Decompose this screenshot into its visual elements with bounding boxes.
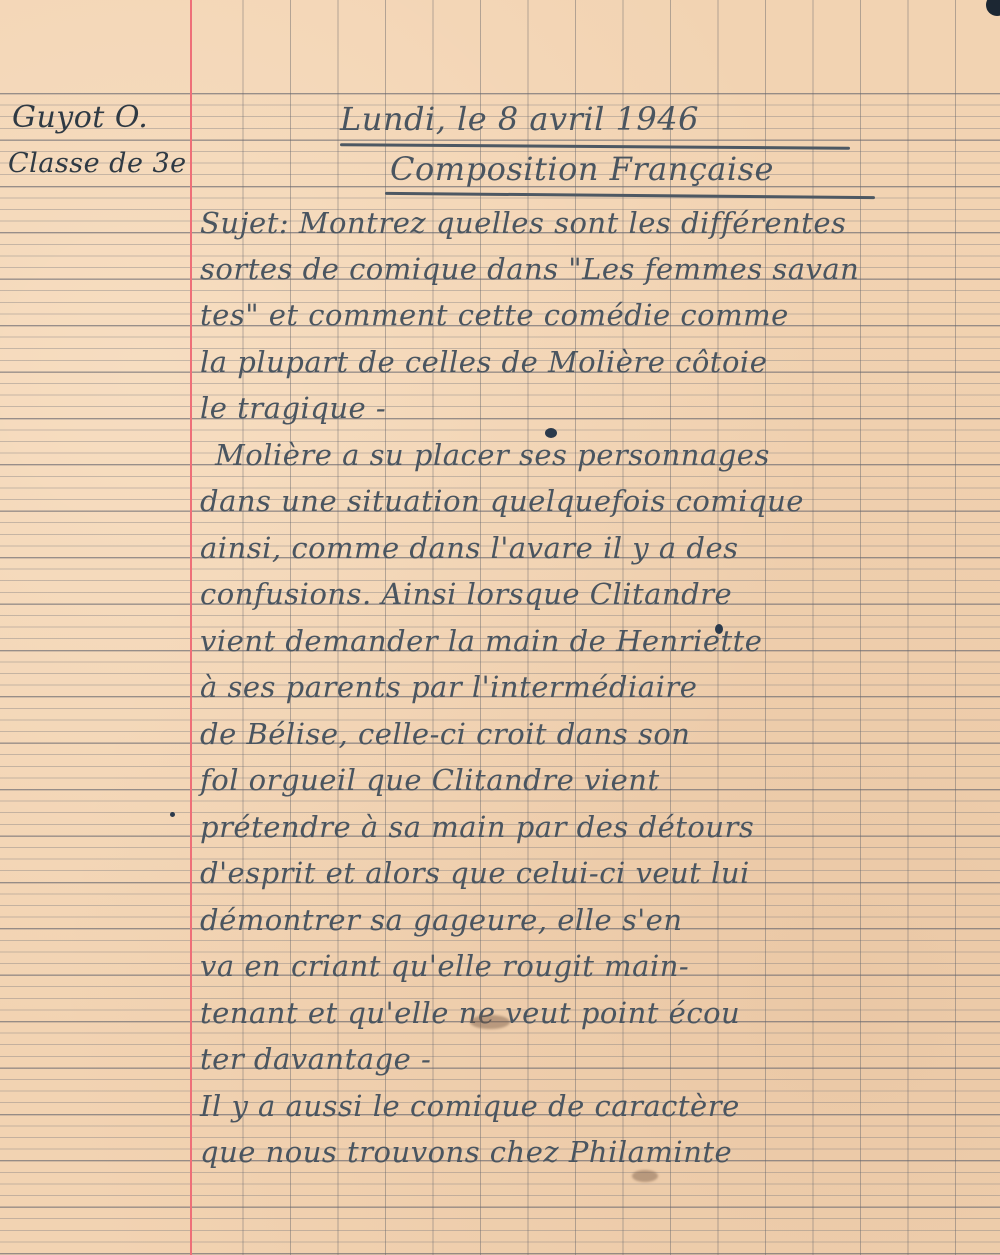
text-line: Sujet: Montrez quelles sont les différen… bbox=[200, 206, 846, 240]
text-line: démontrer sa gageure, elle s'en bbox=[200, 903, 683, 937]
text-line: sortes de comique dans "Les femmes savan bbox=[200, 252, 859, 286]
text-line: à ses parents par l'intermédiaire bbox=[200, 670, 697, 704]
text-line: confusions. Ainsi lorsque Clitandre bbox=[200, 577, 732, 611]
ink-blot bbox=[545, 428, 557, 438]
text-line: Il y a aussi le comique de caractère bbox=[200, 1089, 740, 1123]
text-line: que nous trouvons chez Philaminte bbox=[200, 1135, 732, 1169]
composition-date: Lundi, le 8 avril 1946 bbox=[340, 100, 699, 138]
ink-blot bbox=[715, 624, 723, 634]
text-line: le tragique - bbox=[200, 391, 386, 425]
text-line: tes" et comment cette comédie comme bbox=[200, 298, 789, 332]
text-line: Molière a su placer ses personnages bbox=[215, 438, 770, 472]
text-line: va en criant qu'elle rougit main- bbox=[200, 949, 689, 983]
text-line: la plupart de celles de Molière côtoie bbox=[200, 345, 767, 379]
student-name: Guyot O. bbox=[12, 100, 148, 135]
ink-dot bbox=[170, 812, 175, 817]
text-line: dans une situation quelquefois comique bbox=[200, 484, 804, 518]
student-class: Classe de 3e bbox=[8, 148, 187, 179]
text-line: fol orgueil que Clitandre vient bbox=[200, 763, 660, 797]
notebook-page: Guyot O. Classe de 3e Lundi, le 8 avril … bbox=[0, 0, 1000, 1255]
text-line: tenant et qu'elle ne veut point écou bbox=[200, 996, 740, 1030]
text-line: vient demander la main de Henriette bbox=[200, 624, 762, 658]
red-margin-line bbox=[190, 0, 192, 1255]
text-line: prétendre à sa main par des détours bbox=[200, 810, 754, 844]
text-line: de Bélise, celle-ci croit dans son bbox=[200, 717, 690, 751]
text-line: ter davantage - bbox=[200, 1042, 431, 1076]
text-line: d'esprit et alors que celui-ci veut lui bbox=[200, 856, 750, 890]
text-line: ainsi, comme dans l'avare il y a des bbox=[200, 531, 739, 565]
composition-title: Composition Française bbox=[390, 150, 774, 188]
ink-smudge bbox=[632, 1170, 658, 1182]
ink-smudge bbox=[470, 1015, 510, 1029]
